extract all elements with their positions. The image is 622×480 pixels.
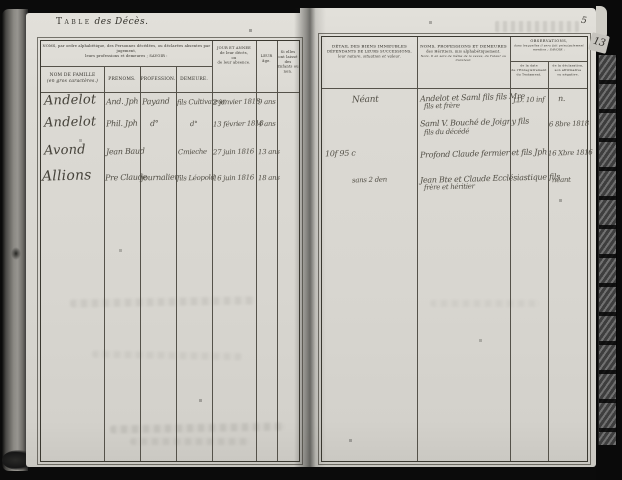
right-table-rule [417,37,418,461]
entry-registration: J.D. 10 inf [513,96,545,105]
column-header-obs-declaration: de la déclaration, son affirmative ou né… [548,64,588,87]
column-header-observations: OBSERVATIONS, dans lesquelles il sera fa… [510,39,588,60]
entry-residence: d° [190,120,198,128]
entry-residence: Cmieche [178,148,207,157]
entry-assets: 10f 95 c [325,149,356,159]
entry-family-name: Avond [44,142,86,158]
left-header-intro-line2: leurs professions et demeures ; SAVOIR : [41,54,212,59]
entry-declaration: néant [552,176,571,184]
entry-assets: Néant [352,95,379,106]
left-table-rule [176,66,177,461]
entry-date: 16 juin 1816 [213,173,254,182]
entry-date: 13 février 1818 [213,119,264,128]
entry-assets: sans 2 den [352,176,387,185]
column-header-first-names: PRÉNOMS. [104,76,140,92]
entry-first-names: Phil. Jph [106,119,138,129]
column-header-family-name: NOM DE FAMILLE (en gros caractères.) [41,72,104,92]
ink-blot [11,247,21,260]
entry-profession: journalier [141,173,178,183]
left-table-rule [104,66,105,461]
entry-age: 13 ans [258,148,280,157]
entry-declaration: 6 8bre 1818 [549,119,589,128]
entry-age: 9 ans [258,98,276,106]
entry-first-names: Jean Baud [106,146,145,156]
column-header-age: LEUR âge. [256,54,277,84]
column-header-residence: DEMEURE. [176,76,212,92]
entry-date: 27 juin 1816 [213,147,254,156]
entry-profession: Payand [142,97,170,107]
entry-residence: fils Léopold [177,174,215,183]
dust-specks [0,0,1,1]
scanned-register-spread: Table des Décès. NOMS, par ordre alphabé… [0,0,622,480]
page-title-subject: des Décès. [94,17,148,27]
entry-profession: d° [150,119,159,128]
entry-age: 18 ans [258,174,280,183]
entry-heirs-line2: fils et frère [424,102,460,111]
family-name-sublabel: (en gros caractères.) [41,78,104,84]
left-table-rule [277,41,278,461]
entry-family-name: Andelot [44,114,97,130]
left-table-rule [41,66,212,67]
column-header-children: Si elles ont laissé des Enfants ou non. [277,50,299,90]
entry-heirs-line2: frère et héritier [424,182,475,191]
column-header-assets: DÉTAIL DES BIENS IMMEUBLES DÉPENDANTS DE… [322,44,417,86]
faint-stamp [495,21,579,32]
page-title: Table des Décès. [56,17,148,27]
entry-first-names: And. Jph [106,97,138,107]
left-header-intro-line1: NOMS, par ordre alphabétique, des Person… [41,44,212,54]
entry-family-name: Allions [42,167,92,184]
left-table-rule [140,66,141,461]
left-header-intro: NOMS, par ordre alphabétique, des Person… [41,44,212,66]
column-header-heirs: NOMS, PROFESSIONS ET DEMEURES des Hériti… [417,44,510,86]
book-binding-edge [2,9,28,471]
entry-declaration: 16 Xbre 1816 [548,148,593,157]
entry-age: 4 ans [258,120,276,128]
column-header-profession: PROFESSION. [140,76,176,92]
entry-declaration: n. [558,94,565,103]
entry-family-name: Andelot [44,92,97,108]
bleedthrough-smudge [430,300,540,307]
column-header-obs-registration: de la date de l'Enregistrement du Testam… [510,64,548,87]
bleedthrough-smudge [130,438,250,445]
entry-date: 2 janvier 1818 [213,97,260,106]
page-title-word: Table [56,17,92,27]
entry-heirs-line2: fils du décédé [424,127,469,136]
column-header-death-date: JOUR ET ANNÉE de leur décès, ou de leur … [212,46,256,90]
fore-edge-page-tabs [598,55,617,445]
